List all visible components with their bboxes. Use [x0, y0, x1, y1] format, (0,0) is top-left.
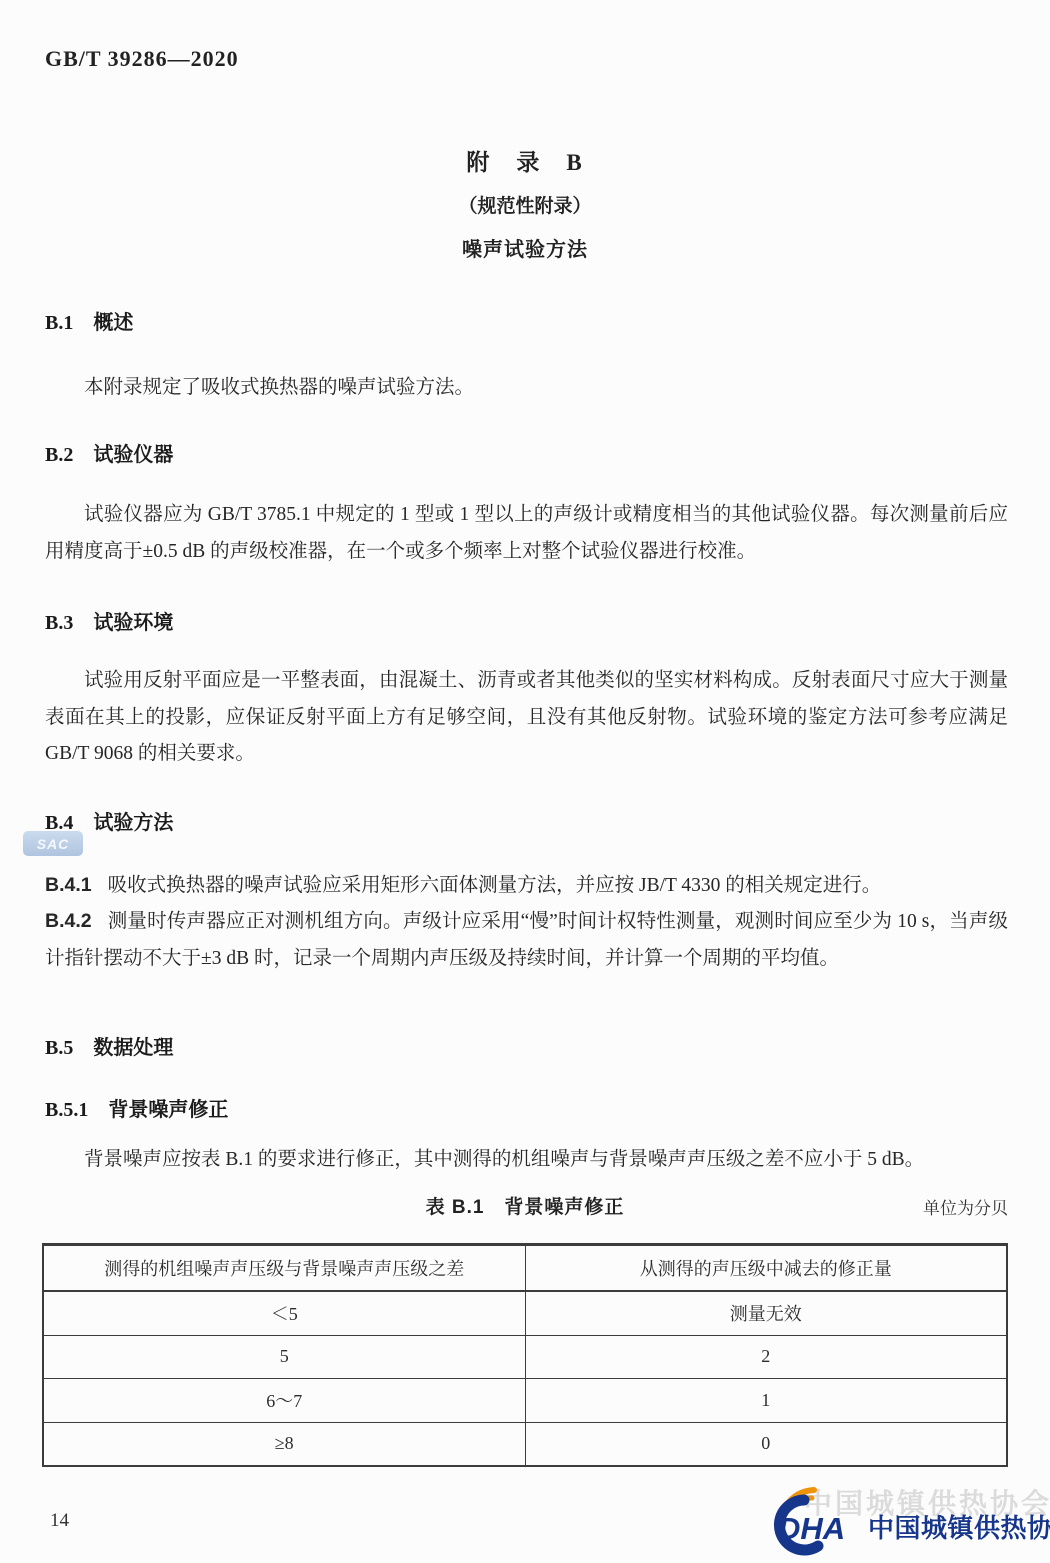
col-header-level-difference: 测得的机组噪声声压级与背景噪声声压级之差: [43, 1245, 525, 1292]
cell-correction: 测量无效: [525, 1291, 1007, 1335]
sac-watermark-icon: SAC: [23, 831, 83, 856]
table-caption: 表 B.1 背景噪声修正: [0, 1192, 1050, 1219]
table-row: ＜5 测量无效: [43, 1291, 1007, 1335]
section-title: 概述: [93, 312, 133, 334]
section-heading-b3: B.3试验环境: [45, 606, 173, 635]
logo-abbr-text: DHA: [778, 1511, 845, 1546]
section-heading-b5: B.5数据处理: [45, 1031, 173, 1060]
clause-number: B.4.2: [45, 910, 92, 932]
dha-logo-icon: DHA: [752, 1486, 870, 1556]
appendix-subject: 噪声试验方法: [0, 233, 1050, 262]
section-title: 试验方法: [93, 812, 173, 834]
paragraph-b1: 本附录规定了吸收式换热器的噪声试验方法。: [45, 370, 1008, 407]
cell-correction: 1: [525, 1379, 1007, 1423]
section-heading-b51: B.5.1背景噪声修正: [45, 1093, 228, 1122]
cell-correction: 2: [525, 1335, 1007, 1379]
section-title: 试验仪器: [93, 444, 173, 466]
section-heading-b1: B.1概述: [45, 306, 133, 335]
section-heading-b2: B.2试验仪器: [45, 438, 173, 467]
paragraph-b51: 背景噪声应按表 B.1 的要求进行修正，其中测得的机组噪声与背景噪声声压级之差不…: [45, 1142, 1008, 1179]
cell-difference: ≥8: [43, 1422, 525, 1466]
table-row: ≥8 0: [43, 1422, 1007, 1466]
cell-difference: 5: [43, 1335, 525, 1379]
section-number: B.3: [45, 612, 73, 634]
document-page: GB/T 39286—2020 附 录 B （规范性附录） 噪声试验方法 B.1…: [0, 0, 1050, 1563]
paragraph-b42: B.4.2测量时传声器应正对测机组方向。声级计应采用“慢”时间计权特性测量，观测…: [45, 903, 1008, 977]
cell-difference: 6～7: [43, 1379, 525, 1423]
appendix-title-block: 附 录 B （规范性附录） 噪声试验方法: [0, 144, 1050, 262]
section-title: 数据处理: [93, 1037, 173, 1059]
table-unit-note: 单位为分贝: [923, 1194, 1008, 1219]
appendix-type: （规范性附录）: [0, 191, 1050, 218]
appendix-title: 附 录 B: [0, 144, 1050, 177]
table-header-row: 测得的机组噪声声压级与背景噪声声压级之差 从测得的声压级中减去的修正量: [43, 1245, 1007, 1292]
section-title: 试验环境: [93, 612, 173, 634]
clause-text: 测量时传声器应正对测机组方向。声级计应采用“慢”时间计权特性测量，观测时间应至少…: [45, 911, 1008, 969]
table-caption-row: 表 B.1 背景噪声修正 单位为分贝: [0, 1192, 1050, 1222]
col-header-correction: 从测得的声压级中减去的修正量: [525, 1245, 1007, 1292]
section-title: 背景噪声修正: [108, 1099, 228, 1121]
section-number: B.5: [45, 1037, 73, 1059]
section-number: B.5.1: [45, 1099, 88, 1121]
table-row: 6～7 1: [43, 1379, 1007, 1423]
cell-correction: 0: [525, 1422, 1007, 1466]
paragraph-b2: 试验仪器应为 GB/T 3785.1 中规定的 1 型或 1 型以上的声级计或精…: [45, 497, 1008, 570]
clause-text: 吸收式换热器的噪声试验应采用矩形六面体测量方法，并应按 JB/T 4330 的相…: [108, 875, 882, 896]
standard-code: GB/T 39286—2020: [45, 46, 239, 72]
section-number: B.2: [45, 444, 73, 466]
page-number: 14: [50, 1510, 69, 1532]
cell-difference: ＜5: [43, 1291, 525, 1335]
clause-number: B.4.1: [45, 874, 92, 896]
table-row: 5 2: [43, 1335, 1007, 1379]
section-number: B.1: [45, 312, 73, 334]
paragraph-b3: 试验用反射平面应是一平整表面，由混凝土、沥青或者其他类似的坚实材料构成。反射表面…: [45, 663, 1008, 773]
dha-association-logo: 中国城镇供热协会 DHA 中国城镇供热协会: [752, 1484, 1047, 1559]
logo-association-name: 中国城镇供热协会: [868, 1508, 1050, 1545]
background-noise-correction-table: 测得的机组噪声声压级与背景噪声声压级之差 从测得的声压级中减去的修正量 ＜5 测…: [42, 1243, 1008, 1467]
paragraph-b41: B.4.1吸收式换热器的噪声试验应采用矩形六面体测量方法，并应按 JB/T 43…: [45, 867, 1008, 905]
